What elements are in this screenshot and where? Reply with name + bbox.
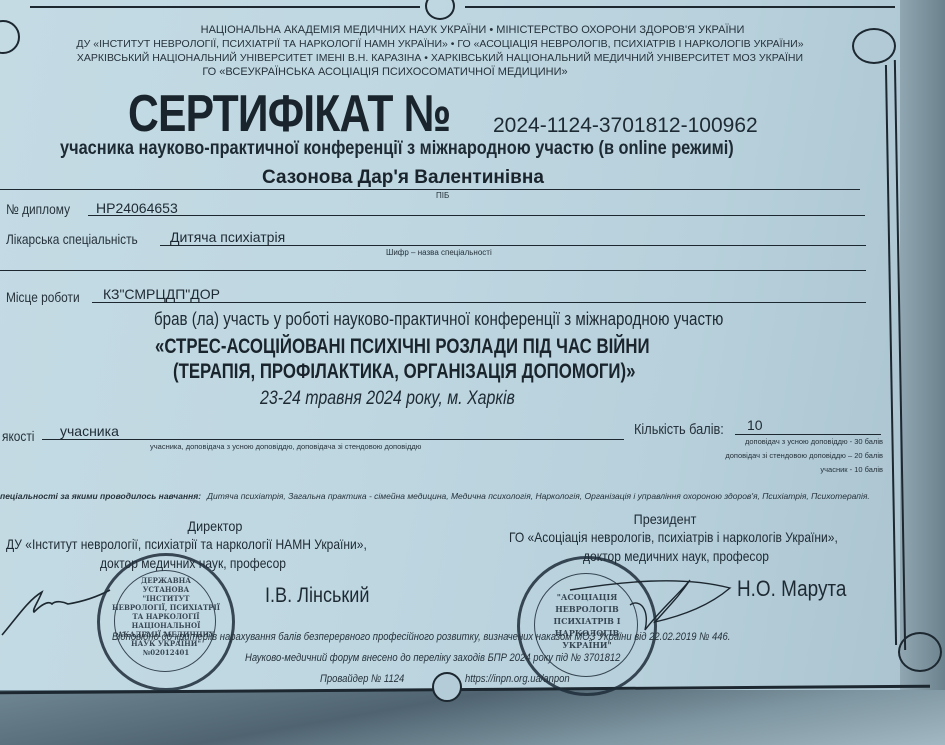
role-underline <box>42 439 624 440</box>
header-line-3: ХАРКІВСЬКИЙ НАЦІОНАЛЬНИЙ УНІВЕРСИТЕТ ІМЕ… <box>0 52 880 64</box>
certificate-title: СЕРТИФІКАТ № <box>128 84 450 144</box>
left-stamp-line: ДЕРЖАВНА <box>100 576 232 585</box>
left-stamp-line: НАЦІОНАЛЬНОЇ <box>100 621 232 630</box>
workplace-label: Місце роботи <box>6 289 80 305</box>
conference-title-line-2: (ТЕРАПІЯ, ПРОФІЛАКТИКА, ОРГАНІЗАЦІЯ ДОПО… <box>173 360 635 384</box>
workplace-underline <box>92 302 866 303</box>
name-caption: ПІБ <box>436 191 449 200</box>
right-signatory-org: ГО «Асоціація неврологів, психіатрів і н… <box>509 529 838 545</box>
certificate-number: 2024-1124-3701812-100962 <box>493 114 758 138</box>
points-legend-poster: доповідач зі стендовою доповіддю – 20 ба… <box>725 451 883 460</box>
header-line-2: ДУ «ІНСТИТУТ НЕВРОЛОГІЇ, ПСИХІАТРІЇ ТА Н… <box>0 38 880 50</box>
background-surface-bottom <box>0 690 945 745</box>
points-underline <box>735 434 881 435</box>
certificate-subtitle: учасника науково-практичної конференції … <box>60 138 734 160</box>
header-line-4: ГО «ВСЕУКРАЇНСЬКА АСОЦІАЦІЯ ПСИХОСОМАТИЧ… <box>0 66 770 78</box>
ornament-bottom-center-icon <box>432 672 462 702</box>
workplace-value: КЗ"СМРЦДП"ДОР <box>103 286 220 302</box>
left-stamp-line: УСТАНОВА <box>100 585 232 594</box>
name-underline <box>0 189 860 190</box>
left-signatory-name: І.В. Лінський <box>265 584 369 608</box>
points-legend-participant: учасник - 10 балів <box>820 465 883 474</box>
left-stamp-line: №02012401 <box>100 648 232 657</box>
specialty-underline <box>160 245 866 246</box>
points-label: Кількість балів: <box>634 421 724 438</box>
left-signatory-title: Директор <box>157 518 274 534</box>
diploma-underline <box>88 215 865 216</box>
right-signature-icon <box>560 560 740 640</box>
role-value: учасника <box>60 423 119 439</box>
conference-title-line-1: «СТРЕС-АСОЦІЙОВАНІ ПСИХІЧНІ РОЗЛАДИ ПІД … <box>155 335 650 359</box>
diploma-label: № диплому <box>6 201 70 217</box>
specialty-caption: Шифр – назва спеціальності <box>386 248 492 257</box>
right-signatory-name: Н.О. Марута <box>737 576 846 602</box>
footer-url-link[interactable]: https://inpn.org.ua/anpon <box>465 673 570 685</box>
participant-name: Сазонова Дар'я Валентинівна <box>262 167 544 189</box>
border-top-left <box>30 6 420 8</box>
footer-cpd-registry: Науково-медичний форум внесено до перелі… <box>245 652 620 664</box>
left-signatory-org: ДУ «Інститут неврології, психіатрії та н… <box>6 536 367 552</box>
conference-date-place: 23-24 травня 2024 року, м. Харків <box>260 388 515 410</box>
specialty-label: Лікарська спеціальність <box>6 231 138 247</box>
specialties-label: пеціальності за якими проводилось навчан… <box>0 491 201 501</box>
role-label: якості <box>2 428 34 444</box>
role-caption: учасника, доповідача з усною доповіддю, … <box>150 442 421 451</box>
left-stamp-line: "ІНСТИТУТ <box>100 594 232 603</box>
specialty-extra-underline <box>0 270 866 271</box>
specialties-list: Дитяча психіатрія, Загальна практика - с… <box>207 491 870 501</box>
ornament-bottom-right-icon <box>898 632 942 672</box>
points-legend-oral: доповідач з усною доповіддю - 30 балів <box>745 437 883 446</box>
footer-provider: Провайдер № 1124 <box>320 673 404 685</box>
header-line-1: НАЦІОНАЛЬНА АКАДЕМІЯ МЕДИЧНИХ НАУК УКРАЇ… <box>0 24 945 36</box>
left-stamp-line: ТА НАРКОЛОГІЇ <box>100 612 232 621</box>
left-stamp-icon: ДЕРЖАВНА УСТАНОВА "ІНСТИТУТ НЕВРОЛОГІЇ, … <box>97 553 235 691</box>
specialty-value: Дитяча психіатрія <box>170 229 285 245</box>
border-top-right <box>465 6 895 8</box>
conference-intro: брав (ла) участь у роботі науково-практи… <box>154 309 723 330</box>
right-signatory-title: Президент <box>616 511 715 527</box>
points-value: 10 <box>747 417 763 433</box>
footer-cpd-criteria: Відповідно до критеріїв нарахування балі… <box>112 631 730 643</box>
left-stamp-line: НЕВРОЛОГІЇ, ПСИХІАТРІЇ <box>100 603 232 612</box>
diploma-value: НР24064653 <box>96 200 178 216</box>
